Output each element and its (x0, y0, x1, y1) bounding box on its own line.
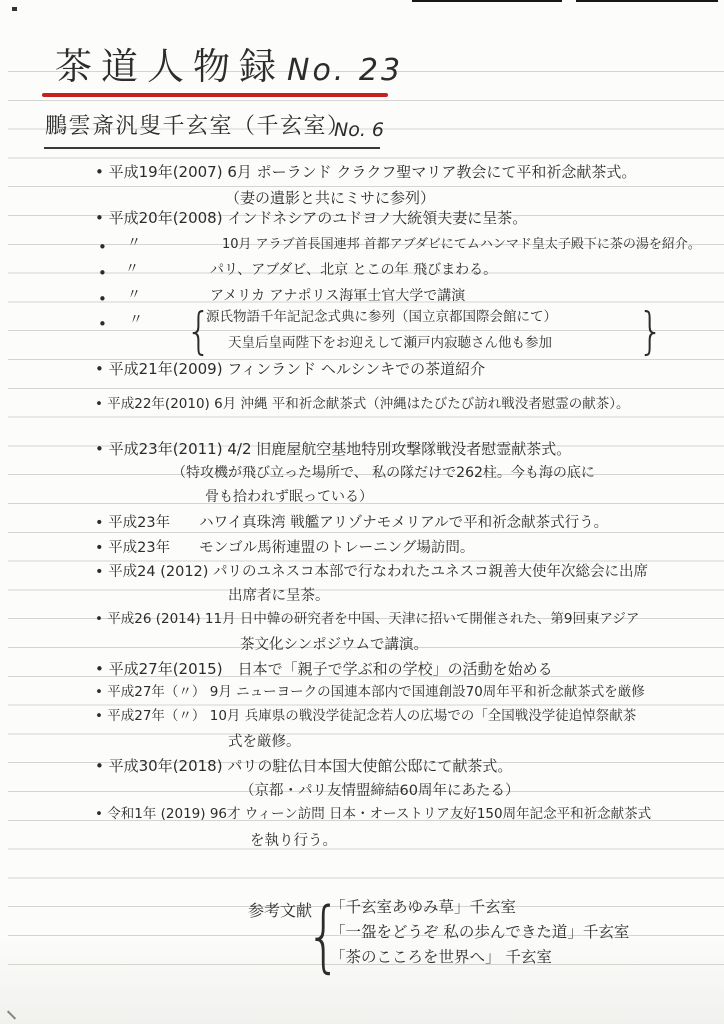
bullet-dot: • (98, 315, 107, 334)
entry-heisei23-hawaii: • 平成23年 ハワイ真珠湾 戦艦アリゾナモメリアルで平和祈念献茶式行う。 (95, 514, 608, 532)
entry-heisei24-continuation: 出席者に呈茶。 (228, 587, 330, 605)
entry-heisei23-mongolia: • 平成23年 モンゴル馬術連盟のトレーニング場訪問。 (95, 539, 474, 557)
reference-item: 「茶のこころを世界へ」 千玄室 (330, 948, 552, 967)
entry-heisei21: • 平成21年(2009) フィンランド ヘルシンキでの茶道紹介 (95, 360, 485, 379)
entry-heisei24: • 平成24 (2012) パリのユネスコ本部で行なわれたユネスコ親善大使年次総… (95, 563, 648, 581)
entry-heisei20-item3: パリ、アブダビ、北京 とこの年 飛びまわる。 (210, 262, 497, 280)
entry-heisei20-item5-line1: 源氏物語千年記記念式典に参列（国立京都国際会館にて） (206, 309, 557, 326)
ditto-mark: 〃 (127, 235, 141, 253)
title-red-underline (42, 93, 388, 97)
handwritten-note-page: 茶道人物録 No. 23 鵬雲斎汎叟千玄室（千玄室） No. 6 • 平成19年… (0, 0, 724, 1024)
group-brace-close: } (638, 300, 663, 363)
entry-heisei23-note-line2: 骨も拾われず眠っている） (205, 489, 373, 507)
entry-heisei26-continuation: 茶文化シンポジウムで講演。 (240, 636, 428, 654)
page-title-number: No. 23 (287, 52, 403, 90)
page-title: 茶道人物録 (55, 44, 285, 90)
entry-heisei20: • 平成20年(2008) インドネシアのユドヨノ大統領夫妻に呈茶。 (95, 209, 527, 228)
scan-edge-artifact (412, 0, 562, 2)
entry-heisei26: • 平成26 (2014) 11月 日中韓の研究者を中国、天津に招いて開催された… (95, 611, 639, 628)
reference-item: 「一盌をどうぞ 私の歩んできた道」千玄室 (330, 923, 629, 942)
subtitle-underline (44, 147, 380, 149)
ditto-mark: 〃 (129, 312, 143, 330)
entry-heisei27-wa-school: • 平成27年(2015) 日本で「親子で学ぶ和の学校」の活動を始める (95, 660, 553, 679)
scan-edge-artifact (576, 0, 718, 2)
entry-heisei23-kanoya: • 平成23年(2011) 4/2 旧鹿屋航空基地特別攻撃隊戦没者慰霊献茶式。 (95, 440, 571, 459)
entry-heisei19-note: （妻の遺影と共にミサに参列） (225, 189, 435, 208)
bullet-dot: • (98, 238, 107, 257)
ditto-mark: 〃 (125, 261, 139, 279)
entry-heisei23-note-line1: （特攻機が飛び立った場所で、 私の隊だけで262柱。今も海の底に (172, 465, 595, 483)
entry-heisei30-note: （京都・パリ友情盟締結60周年にあたる） (240, 782, 519, 800)
entry-heisei27-hyogo-continuation: 式を厳修。 (228, 733, 301, 751)
ditto-mark: 〃 (127, 287, 141, 305)
entry-heisei20-item2: 10月 アラブ首長国連邦 首都アブダビにてムハンマド皇太子殿下に茶の湯を紹介。 (222, 237, 701, 253)
subject-name: 鵬雲斎汎叟千玄室（千玄室） (45, 113, 351, 141)
entry-reiwa1-continuation: を執り行う。 (250, 832, 337, 850)
bullet-dot: • (98, 264, 107, 283)
subject-number: No. 6 (334, 119, 384, 143)
entry-heisei20-item5-line2: 天皇后皇両陛下をお迎えして瀬戸内寂聴さん他も参加 (228, 335, 552, 352)
entry-reiwa1: • 令和1年 (2019) 96才 ウィーン訪問 日本・オーストリア友好150周… (95, 806, 651, 823)
scan-speck (12, 7, 17, 11)
entry-heisei27-hyogo: • 平成27年（〃） 10月 兵庫県の戦没学徒記念若人の広場での「全国戦没学徒追… (95, 708, 636, 725)
entry-heisei30: • 平成30年(2018) パリの駐仏日本国大使館公邸にて献茶式。 (95, 757, 512, 776)
entry-heisei27-un: • 平成27年（〃） 9月 ニューヨークの国連本部内で国連創設70周年平和祈念献… (95, 684, 645, 701)
scan-corner-mark (7, 1010, 16, 1019)
entry-heisei22: • 平成22年(2010) 6月 沖縄 平和祈念献茶式（沖縄はたびたび訪れ戦没者… (95, 396, 630, 413)
entry-heisei20-item4: アメリカ アナポリス海軍士官大学で講演 (210, 288, 465, 306)
bullet-dot: • (98, 290, 107, 309)
reference-item: 「千玄室あゆみ草」千玄室 (330, 898, 516, 917)
references-label: 参考文献 (248, 901, 312, 921)
entry-heisei19: • 平成19年(2007) 6月 ポーランド クラクフ聖マリア教会にて平和祈念献… (95, 163, 636, 182)
